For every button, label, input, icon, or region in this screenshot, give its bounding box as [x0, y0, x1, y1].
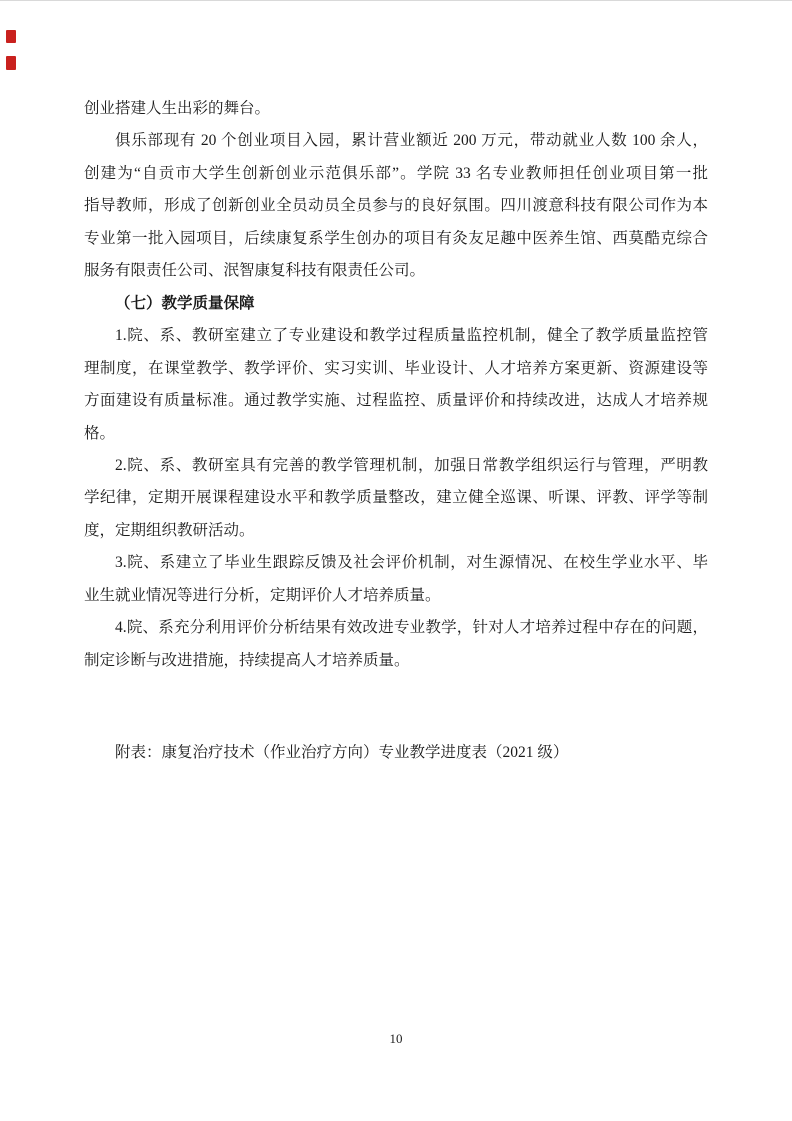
text-line: 理制度，在课堂教学、教学评价、实习实训、毕业设计、人才培养方案更新、资源建设等 — [84, 353, 708, 385]
text-line: 方面建设有质量标准。通过教学实施、过程监控、质量评价和持续改进，达成人才培养规 — [84, 385, 708, 417]
text-line: 创建为“自贡市大学生创新创业示范俱乐部”。学院 33 名专业教师担任创业项目第一… — [84, 158, 708, 190]
text-line: 度，定期组织教研活动。 — [84, 515, 708, 547]
text-line: 服务有限责任公司、泯智康复科技有限责任公司。 — [84, 255, 708, 287]
paragraph-club: 俱乐部现有 20 个创业项目入园，累计营业额近 200 万元，带动就业人数 10… — [84, 125, 708, 287]
paragraph-item-2: 2.院、系、教研室具有完善的教学管理机制，加强日常教学组织运行与管理，严明教学纪… — [84, 450, 708, 547]
text-line: 2.院、系、教研室具有完善的教学管理机制，加强日常教学组织运行与管理，严明教 — [84, 450, 708, 482]
page-number: 10 — [0, 1031, 792, 1047]
red-annotation-mark-icon — [6, 30, 16, 43]
document-body: 创业搭建人生出彩的舞台。 俱乐部现有 20 个创业项目入园，累计营业额近 200… — [84, 93, 708, 770]
text-line: 创业搭建人生出彩的舞台。 — [84, 93, 708, 125]
text-line: 指导教师，形成了创新创业全员动员全员参与的良好氛围。四川渡意科技有限公司作为本 — [84, 190, 708, 222]
paragraph-continuation: 创业搭建人生出彩的舞台。 — [84, 93, 708, 125]
text-line: 格。 — [84, 418, 708, 450]
red-annotation-mark-icon — [6, 56, 16, 70]
text-line: 专业第一批入园项目，后续康复系学生创办的项目有灸友足趣中医养生馆、西莫酷克综合 — [84, 223, 708, 255]
annex-note: 附表：康复治疗技术（作业治疗方向）专业教学进度表（2021 级） — [84, 737, 708, 769]
text-line: 制定诊断与改进措施，持续提高人才培养质量。 — [84, 645, 708, 677]
text-line: 学纪律，定期开展课程建设水平和教学质量整改，建立健全巡课、听课、评教、评学等制 — [84, 482, 708, 514]
text-line: 3.院、系建立了毕业生跟踪反馈及社会评价机制，对生源情况、在校生学业水平、毕 — [84, 547, 708, 579]
text-line: （七）教学质量保障 — [84, 288, 708, 320]
text-line: 4.院、系充分利用评价分析结果有效改进专业教学，针对人才培养过程中存在的问题， — [84, 612, 708, 644]
paragraph-item-4: 4.院、系充分利用评价分析结果有效改进专业教学，针对人才培养过程中存在的问题，制… — [84, 612, 708, 677]
page-top-border — [0, 0, 792, 1]
text-line: 业生就业情况等进行分析，定期评价人才培养质量。 — [84, 580, 708, 612]
text-line: 附表：康复治疗技术（作业治疗方向）专业教学进度表（2021 级） — [84, 737, 708, 769]
text-line: 俱乐部现有 20 个创业项目入园，累计营业额近 200 万元，带动就业人数 10… — [84, 125, 708, 157]
section-heading: （七）教学质量保障 — [84, 288, 708, 320]
text-line: 1.院、系、教研室建立了专业建设和教学过程质量监控机制，健全了教学质量监控管 — [84, 320, 708, 352]
paragraph-item-3: 3.院、系建立了毕业生跟踪反馈及社会评价机制，对生源情况、在校生学业水平、毕业生… — [84, 547, 708, 612]
paragraph-item-1: 1.院、系、教研室建立了专业建设和教学过程质量监控机制，健全了教学质量监控管理制… — [84, 320, 708, 450]
